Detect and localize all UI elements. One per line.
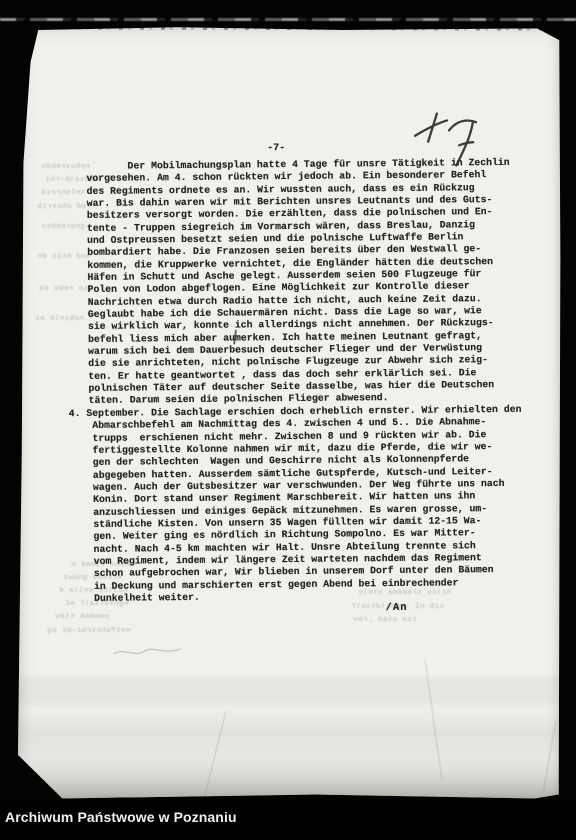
pencil-squiggle-mark [112, 644, 184, 661]
paragraph-4-september: 4. September. Die Sachlage erschien doch… [69, 404, 524, 606]
scanned-page: nehcsrebdn nebielb-rhi netsnreid red nhc… [13, 23, 562, 800]
typewritten-content: -7- Der Mobilmachungsplan hatte 4 Tage f… [10, 20, 566, 802]
microfilm-frame: nehcsrebdn nebielb-rhi netsnreid red nhc… [0, 0, 576, 840]
archive-name-label: Archiwum Państwowe w Poznaniu [5, 809, 237, 825]
page-number: -7- [267, 143, 285, 154]
film-scratch-line [0, 18, 576, 21]
initials-signature: /An [386, 602, 408, 614]
paragraph-mobilization: Der Mobilmachungsplan hatte 4 Tage für u… [86, 157, 512, 408]
archive-footer-bar: Archiwum Państwowe w Poznaniu [0, 800, 576, 840]
